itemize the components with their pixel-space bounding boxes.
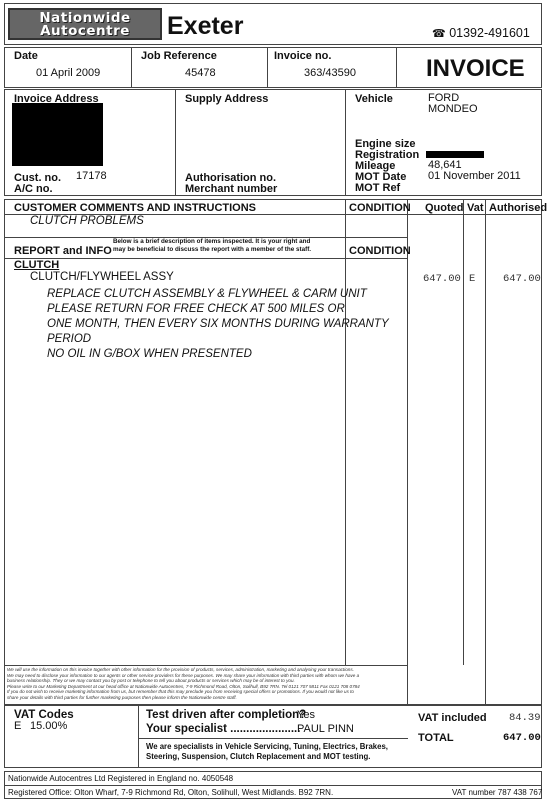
vehicle-model: MONDEO — [428, 103, 478, 115]
item-note: REPLACE CLUTCH ASSEMBLY & FLYWHEEL & CAR… — [47, 287, 389, 302]
item-vat: E — [469, 273, 475, 285]
item-notes: REPLACE CLUTCH ASSEMBLY & FLYWHEEL & CAR… — [47, 287, 389, 362]
telephone-icon: ☎ — [432, 28, 446, 40]
mot-ref-label: MOT Ref — [355, 182, 400, 194]
vehicle-label: Vehicle — [355, 93, 393, 105]
comments-header: CUSTOMER COMMENTS AND INSTRUCTIONS — [14, 202, 256, 214]
section-title: CLUTCH — [14, 259, 59, 271]
report-header: REPORT and INFO — [14, 245, 112, 257]
vat-header: Vat — [467, 202, 484, 214]
brand-line-2: Autocentre — [10, 25, 160, 38]
vat-included-value: 84.39 — [509, 712, 541, 724]
job-ref-value: 45478 — [185, 67, 216, 79]
registered-office: Registered Office: Olton Wharf, 7-9 Rich… — [8, 788, 333, 797]
brand-logo: Nationwide Autocentre — [8, 8, 162, 40]
vat-included-label: VAT included — [418, 712, 487, 724]
report-note-line-1: Below is a brief description of items in… — [113, 238, 311, 246]
specialties: We are specialists in Vehicle Servicing,… — [146, 742, 388, 761]
redacted-registration — [426, 151, 484, 158]
phone-number: 01392-491601 — [449, 26, 530, 40]
report-condition-header: CONDITION — [349, 245, 411, 257]
test-driven-label: Test driven after completion? — [146, 709, 306, 721]
branch-name: Exeter — [167, 12, 243, 41]
quoted-header: Quoted — [425, 202, 464, 214]
specialist-label: Your specialist ...................... — [146, 723, 300, 735]
item-quoted: 647.00 — [423, 273, 461, 285]
cust-no-value: 17178 — [76, 170, 107, 182]
company-registration: Nationwide Autocentres Ltd Registered in… — [8, 774, 233, 783]
phone: ☎ 01392-491601 — [432, 26, 530, 40]
ac-no-label: A/C no. — [14, 183, 53, 195]
item-note: NO OIL IN G/BOX WHEN PRESENTED — [47, 347, 389, 362]
item-note: PERIOD — [47, 332, 389, 347]
invoice-no-value: 363/43590 — [304, 67, 356, 79]
mot-date-value: 01 November 2011 — [428, 170, 521, 182]
report-note-line-2: may be beneficial to discuss the report … — [113, 246, 311, 254]
item-note: PLEASE RETURN FOR FREE CHECK AT 500 MILE… — [47, 302, 389, 317]
report-note: Below is a brief description of items in… — [113, 238, 311, 254]
total-value: 647.00 — [503, 732, 541, 744]
redacted-invoice-address — [12, 103, 103, 166]
condition-header: CONDITION — [349, 202, 411, 214]
authorised-header: Authorised — [489, 202, 547, 214]
job-ref-label: Job Reference — [141, 50, 217, 62]
vat-code: E — [14, 720, 21, 732]
merchant-label: Merchant number — [185, 183, 277, 195]
privacy-notice: We will use the information on this invo… — [7, 667, 405, 701]
vat-rate: 15.00% — [30, 720, 67, 732]
date-value: 01 April 2009 — [36, 67, 100, 79]
customer-comment: CLUTCH PROBLEMS — [30, 215, 144, 227]
invoice-no-label: Invoice no. — [274, 50, 331, 62]
item-authorised: 647.00 — [503, 273, 541, 285]
document-type: INVOICE — [426, 55, 525, 83]
specialist-value: PAUL PINN — [297, 723, 354, 735]
supply-address-label: Supply Address — [185, 93, 268, 105]
test-driven-value: Yes — [297, 709, 315, 721]
vat-number: VAT number 787 438 767 — [452, 788, 542, 797]
date-label: Date — [14, 50, 38, 62]
total-label: TOTAL — [418, 732, 454, 744]
item-note: ONE MONTH, THEN EVERY SIX MONTHS DURING … — [47, 317, 389, 332]
item-name: CLUTCH/FLYWHEEL ASSY — [30, 271, 174, 283]
